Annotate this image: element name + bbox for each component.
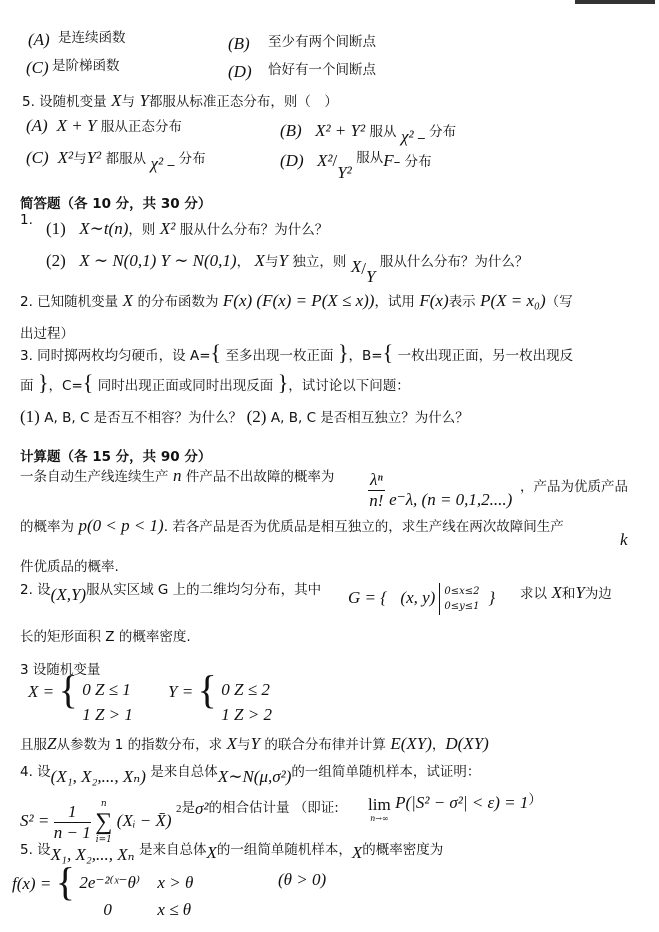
option-d-text: 恰好有一个间断点 [268, 58, 376, 78]
calc-q3-line: 且服Z从参数为 1 的指数分布，求 X与Y 的联合分布律并计算 E(XY)，D(… [20, 733, 489, 754]
section-heading-short-answer: 简答题（各 10 分，共 30 分） [20, 192, 211, 212]
q5-stem: 5. 设随机变量 X与 Y都服从标准正态分布，则（ ） [22, 90, 338, 111]
sa-q1-part2: (2) X ∼ N(0,1) Y ∼ N(0,1)， X与Y 独立，则 X/Y … [46, 250, 528, 271]
option-c-text: 是阶梯函数 [52, 54, 120, 74]
sa-q1-number: 1. [20, 212, 33, 228]
option-b-text: 至少有两个间断点 [268, 30, 376, 50]
calc-q5-density: f(x) = { 2e⁻²⁽ˣ⁻θ⁾x > θ 0x ≤ θ [12, 870, 193, 924]
calc-q1-line1: 一条自动生产线连续生产 n 件产品不出故障的概率为 [20, 465, 334, 486]
section-heading-calculation: 计算题（各 15 分，共 90 分） [20, 445, 211, 465]
calc-q3-piecewise-y: Y = { 0 Z ≤ 2 1 Z > 2 [168, 678, 272, 728]
q5-option-d: (D) X²/Y² 服从F– 分布 [280, 150, 432, 171]
sa-q3-parts: (1) A, B, C 是否互不相容？为什么？ (2) A, B, C 是否相互… [20, 406, 469, 427]
option-d-label: (D) [228, 62, 252, 82]
calc-q5: 5. 设X₁, X₂,..., Xₙ 是来自总体X的一组简单随机样本，X的概率密… [20, 838, 443, 859]
q5-option-a: (A) X + Y 服从正态分布 [26, 115, 182, 136]
calc-q2-post: 求以 X和Y为边 [520, 582, 612, 603]
sa-q1-part1: (1) X∼t(n)，则 X² 服从什么分布？为什么？ [46, 218, 328, 239]
calc-q2-set: G = { (x, y)0≤x≤20≤y≤1 } [348, 583, 495, 615]
calc-q1-formula: λⁿn! e⁻λ, (n = 0,1,2....) [368, 470, 512, 511]
calc-q5-param: (θ > 0) [278, 870, 326, 890]
option-a-label: (A) [28, 30, 50, 50]
option-c-label: (C) [26, 58, 49, 78]
calc-q4-limit: lim n→∞ P(|S² − σ²| < ε) = 1） [368, 798, 542, 826]
calc-q2-line2: 长的矩形面积 Z 的概率密度. [20, 625, 191, 645]
option-b-label: (B) [228, 34, 250, 54]
sa-q3-line2: 面 }，C={ 同时出现正面或同时出现反面 }，试讨论以下问题： [20, 372, 410, 394]
sa-q2-line2: 出过程） [20, 322, 74, 342]
calc-q1-line1-post: ，产品为优质产品 [520, 475, 628, 495]
sa-q2: 2. 已知随机变量 X 的分布函数为 F(x) (F(x) = P(X ≤ x)… [20, 290, 573, 311]
q5-option-c: (C) X²与Y² 都服从 χ² _ 分布 [26, 147, 206, 168]
calc-q3-piecewise-x: X = { 0 Z ≤ 1 1 Z > 1 [28, 678, 133, 728]
option-a-text: 是连续函数 [58, 26, 126, 46]
calc-q1-k: k [620, 530, 628, 550]
q5-option-b: (B) X² + Y² 服从 χ² _ 分布 [280, 120, 456, 141]
calc-q1-line2: 的概率为 p(0 < p < 1). 若各产品是否为优质品是相互独立的，求生产线… [20, 515, 564, 536]
calc-q1-line3: 件优质品的概率. [20, 555, 119, 575]
calc-q4: 4. 设(X₁, X₂,..., Xₙ) 是来自总体X∼N(μ,σ²)的一组简单… [20, 760, 480, 781]
sa-q3: 3. 同时掷两枚均匀硬币，设 A={ 至多出现一枚正面 }，B={ 一枚出现正面… [20, 342, 573, 364]
calc-q2: 2. 设(X,Y)服从实区域 G 上的二维均匀分布，其中 [20, 578, 321, 599]
scan-artifact [575, 0, 655, 4]
